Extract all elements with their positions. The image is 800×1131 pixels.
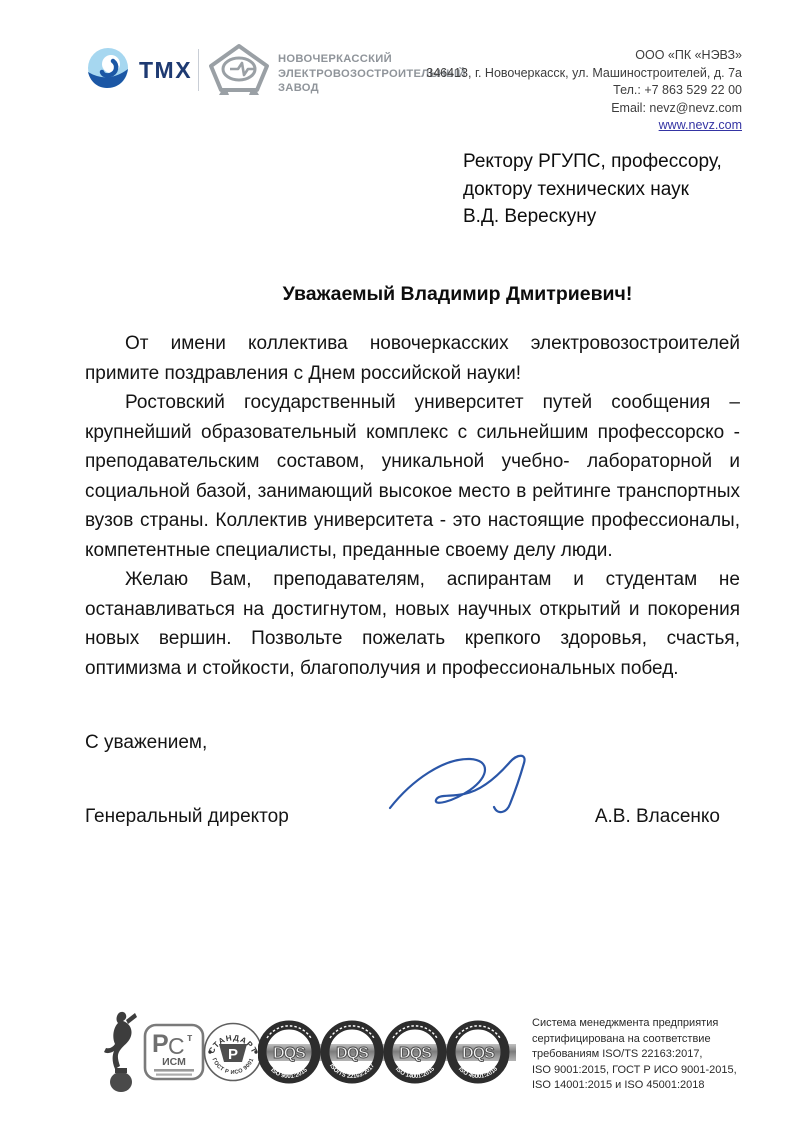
signer-name: А.В. Власенко — [595, 806, 720, 828]
micro-text-bar — [154, 1069, 194, 1072]
rst-ism-badge: Р С т ИСМ — [143, 1023, 205, 1086]
company-phone: Тел.: +7 863 529 22 00 — [426, 82, 742, 100]
nevz-pentagon-icon — [208, 43, 270, 102]
recipient-line: доктору технических наук — [463, 176, 722, 204]
tmx-wordmark: ТМХ — [139, 57, 192, 84]
dqs-logo-text: DQS — [462, 1045, 495, 1062]
header-divider — [198, 49, 199, 91]
tmx-swirl-icon — [84, 46, 132, 97]
dqs-logo-text: DQS — [336, 1045, 369, 1062]
contact-block: ООО «ПК «НЭВЗ» 346413, г. Новочеркасск, … — [426, 47, 742, 135]
signature-image — [386, 750, 566, 825]
paragraph: От имени коллектива новочеркасских элект… — [85, 329, 740, 388]
cert-line: ISO 9001:2015, ГОСТ Р ИСО 9001-2015, — [532, 1063, 737, 1079]
company-email: Email: nevz@nevz.com — [426, 100, 742, 118]
letter-body: От имени коллектива новочеркасских элект… — [85, 329, 740, 683]
dqs-logo-text: DQS — [399, 1045, 432, 1062]
company-name: ООО «ПК «НЭВЗ» — [426, 47, 742, 65]
award-statue-icon — [102, 1010, 140, 1099]
standart-center-letter: Р — [228, 1046, 238, 1063]
rst-letter: т — [187, 1032, 193, 1044]
ism-label: ИСМ — [162, 1056, 186, 1068]
signer-title: Генеральный директор — [85, 806, 289, 828]
salutation: Уважаемый Владимир Дмитриевич! — [85, 283, 740, 306]
recipient-block: Ректору РГУПС, профессору, доктору техни… — [463, 148, 722, 231]
standart-gost-badge: СТАНДАРТ ГОСТ Р ИСО 9001 Р — [202, 1021, 264, 1088]
paragraph: Ростовский государственный университет п… — [85, 388, 740, 565]
rst-letter: Р — [152, 1030, 169, 1058]
cert-line: ISO 14001:2015 и ISO 45001:2018 — [532, 1078, 737, 1094]
dqs-logo-text: DQS — [273, 1045, 306, 1062]
paragraph: Желаю Вам, преподавателям, аспирантам и … — [85, 565, 740, 683]
letter-page: { "header": { "tmx": { "label": "ТМХ" },… — [0, 0, 800, 1131]
cert-line: сертифицирована на соответствие — [532, 1032, 737, 1048]
company-address: 346413, г. Новочеркасск, ул. Машинострои… — [426, 65, 742, 83]
certification-text: Система менеджмента предприятия сертифиц… — [532, 1016, 737, 1094]
recipient-line: В.Д. Верескуну — [463, 203, 722, 231]
closing: С уважением, — [85, 732, 207, 754]
micro-text-bar — [156, 1074, 192, 1076]
cert-line: Система менеджмента предприятия — [532, 1016, 737, 1032]
website-link[interactable]: www.nevz.com — [659, 118, 742, 132]
recipient-line: Ректору РГУПС, профессору, — [463, 148, 722, 176]
dqs-seal-chain: ISO 9001:2015 DQS ISO/TS 22163:2017 DQS … — [258, 1014, 516, 1095]
cert-line: требованиям ISO/TS 22163:2017, — [532, 1047, 737, 1063]
